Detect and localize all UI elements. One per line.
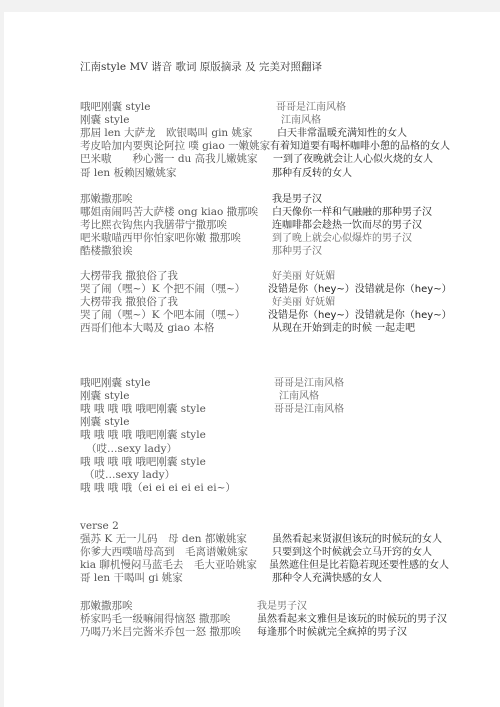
lyric-romanized-line: 吧米嗷喵西甲你怕家吧你嫩 撒那唉: [80, 232, 241, 245]
lyric-romanized-line: 哭了闹（嘿~）K 个吧本闹（嘿~）: [80, 309, 245, 322]
lyric-romanized-line: 桥家吗毛一级嘛闹得恼怒 撒那唉: [80, 613, 230, 626]
lyric-romanized-line: 大楞带我 撒狼俗了我: [80, 270, 178, 283]
lyric-romanized-line: 那嫩撒那唉: [80, 193, 133, 206]
lyric-translation-line: 那种有反转的女人: [272, 167, 352, 180]
lyric-romanized-line: 刚囊 style: [80, 390, 129, 403]
lyric-translation-line: 好美丽 好妩媚: [272, 270, 335, 283]
lyric-romanized-line: 你爹大西噗喵母高到 毛离谱嫩姚家: [80, 546, 248, 559]
lyric-translation-line: 江南风格: [279, 390, 319, 403]
lyric-translation-line: 江南风格: [281, 114, 321, 127]
lyric-translation-line: 从现在开始到走的时候 一起走吧: [272, 322, 415, 335]
lyric-translation-line: 虽然看起来贤淑但该玩的时候玩的女人: [272, 533, 442, 546]
lyric-romanized-line: （哎…sexy lady）: [84, 469, 175, 482]
lyric-translation-line: 虽然看起来文雅但是该玩的时候玩的男子汉: [257, 613, 447, 626]
document-page: [4, 12, 500, 707]
lyric-translation-line: 哥哥是江南风格: [274, 377, 344, 390]
lyric-translation-line: 有着知道要有喝杯咖啡小憩的品格的女人: [270, 140, 450, 153]
lyric-romanized-line: 刚囊 style: [80, 416, 129, 429]
document-title: 江南style MV 谐音 歌词 原版摘录 及 完美对照翻译: [80, 59, 322, 74]
lyric-romanized-line: 刚囊 style: [80, 114, 129, 127]
lyric-translation-line: 哥哥是江南风格: [274, 403, 344, 416]
lyric-romanized-line: 那嫩撒那唉: [80, 600, 133, 613]
lyric-romanized-line: 哦 哦 哦 哦（ei ei ei ei ei ei~）: [80, 482, 236, 495]
lyric-romanized-line: kia 聊机慢闷马蓝毛去 毛大亚哈姚家: [80, 559, 257, 572]
lyric-romanized-line: 乃喝乃米吕完酱米乔包一怒 撒那唉: [80, 626, 241, 639]
lyric-romanized-line: 哦 哦 哦 哦 哦吧刚囊 style: [80, 456, 206, 469]
lyric-romanized-line: 那屆 len 大萨龙 欧银喝叫 gin 姚家: [80, 127, 253, 140]
lyric-translation-line: 每逢那个时候就完全疯掉的男子汉: [257, 626, 407, 639]
lyric-romanized-line: 哦 哦 哦 哦 哦吧刚囊 style: [80, 403, 206, 416]
lyric-romanized-line: 酷楼撒狼诶: [80, 245, 133, 258]
lyric-translation-line: 我是男子汉: [272, 193, 322, 206]
lyric-romanized-line: 考比熙衣钩焦内我膳带宁撒那唉: [80, 219, 227, 232]
lyric-translation-line: 没错是你（hey~）没错就是你（hey~）: [268, 283, 452, 296]
lyric-romanized-line: verse 2: [80, 520, 119, 533]
lyric-translation-line: 只要到这个时候就会立马开窍的女人: [272, 546, 432, 559]
lyric-romanized-line: 哥 len 干喝叫 gi 姚家: [80, 572, 183, 585]
lyric-translation-line: 那种男子汉: [272, 245, 322, 258]
lyric-romanized-line: 西哥们他本大喝及 giao 本格: [80, 322, 214, 335]
lyric-romanized-line: 哥 len 板赖因嫩姚家: [80, 167, 177, 180]
lyric-romanized-line: 哦吧刚囊 style: [80, 101, 150, 114]
lyric-translation-line: 虽然遮住但是比若隐若现还要性感的女人: [269, 559, 449, 572]
lyric-translation-line: 哥哥是江南风格: [276, 101, 346, 114]
lyric-romanized-line: 哭了闹（嘿~）K 个把不闹（嘿~）: [80, 283, 245, 296]
lyric-translation-line: 我是男子汉: [257, 600, 307, 613]
lyric-romanized-line: 哪姐南闹吗苦大萨楼 ong kiao 撒那唉: [80, 206, 258, 219]
lyric-romanized-line: 考皮哈加内要舆论阿拉 噗 giao 一嫩姚家: [80, 140, 270, 153]
lyric-romanized-line: 强苏 K 无一儿码 母 den 都嫩姚家: [80, 533, 247, 546]
lyric-translation-line: 好美丽 好妩媚: [272, 296, 335, 309]
lyric-romanized-line: 哦 哦 哦 哦 哦吧刚囊 style: [80, 429, 206, 442]
lyric-romanized-line: （哎…sexy lady）: [86, 443, 177, 456]
lyric-translation-line: 没错是你（hey~）没错就是你（hey~）: [268, 309, 452, 322]
lyric-translation-line: 那种令人充满快感的女人: [272, 572, 382, 585]
lyric-translation-line: 白天非常温暖充满知性的女人: [277, 127, 407, 140]
lyric-romanized-line: 巴米嗷 秒心酱一 du 高我儿嫩姚家: [80, 153, 258, 166]
lyric-translation-line: 到了晚上就会心似爆炸的男子汉: [272, 232, 412, 245]
lyric-romanized-line: 大楞带我 撒狼俗了我: [80, 296, 178, 309]
lyric-translation-line: 连咖啡都会趁热一饮而尽的男子汉: [272, 219, 422, 232]
lyric-romanized-line: 哦吧刚囊 style: [80, 377, 150, 390]
lyric-translation-line: 白天像你一样和气融融的那种男子汉: [272, 206, 432, 219]
lyric-translation-line: 一到了夜晚就会让人心似火烧的女人: [273, 153, 433, 166]
